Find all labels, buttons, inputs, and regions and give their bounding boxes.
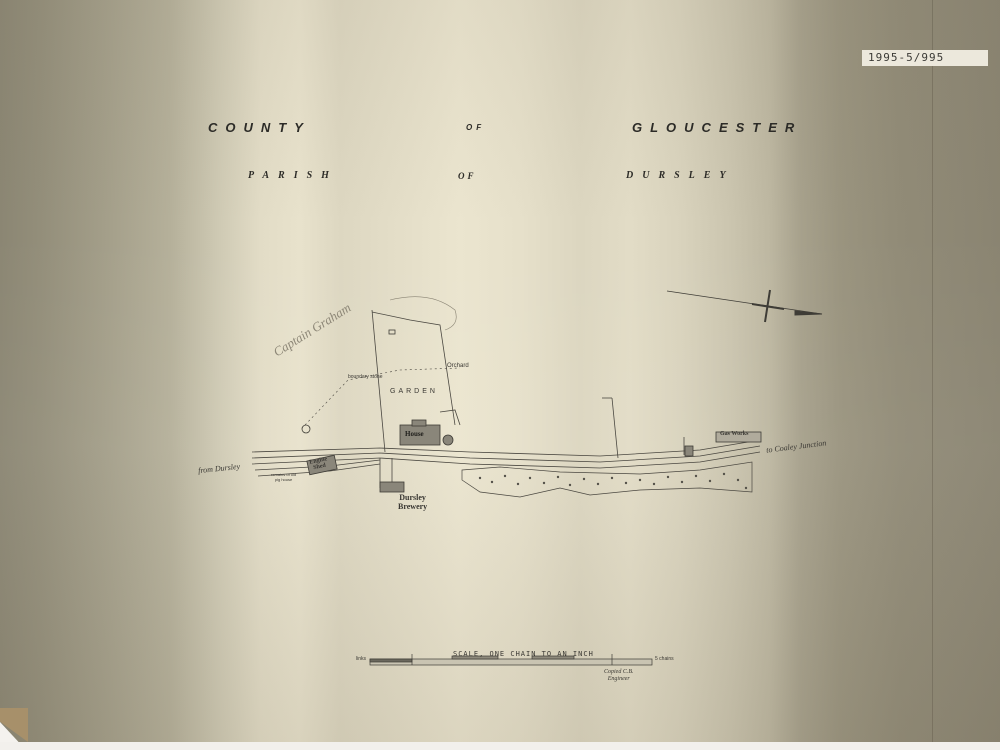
garden-boundary-east [372,312,455,425]
site-plan-drawing [0,0,1000,750]
tree-symbols [479,473,747,489]
scale-caption: SCALE, ONE CHAIN TO AN INCH [453,650,594,658]
gas-works-label: Gas Works [720,431,748,437]
brewery-label-line1: Dursley [398,493,427,502]
garden-label: GARDEN [390,388,438,395]
brewery-label-line2: Brewery [398,502,427,511]
compass-cross-icon [667,290,822,322]
site-note-line2: pig house [271,477,296,482]
signal-post [612,398,618,458]
pencil-sketch [390,297,456,330]
signature: Copied C.B. Engineer [604,669,634,683]
brewery-label: Dursley Brewery [398,493,427,511]
house-label: House [405,430,424,438]
scale-right-label: 5 chains [655,656,674,662]
scale-left-label: links [356,656,366,662]
signature-line2: Engineer [604,676,634,683]
dotted-boundary [305,368,460,425]
boundary-note: boundary stone [348,375,382,380]
field-label: Orchard [447,363,469,369]
garden-boundary-west [372,310,385,452]
signature-line1: Copied C.B. [604,669,634,676]
well-symbol [443,435,453,445]
site-note-label: remains of old pig house [271,472,296,482]
turntable-symbol [302,425,310,433]
brewery-building [380,482,404,492]
